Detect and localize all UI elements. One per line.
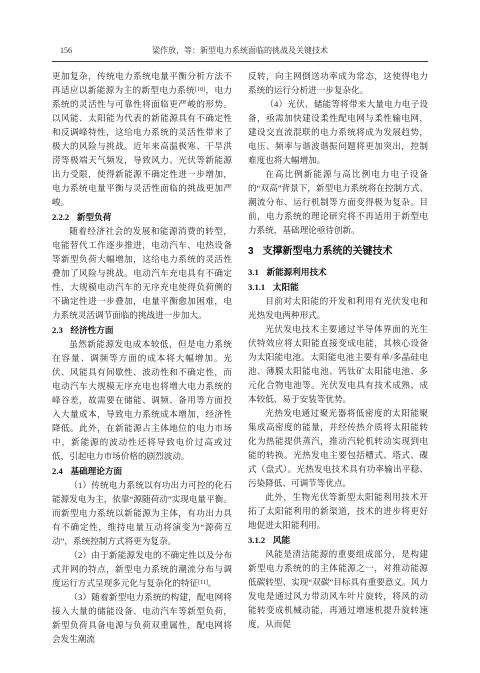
heading-number: 3 xyxy=(248,246,254,257)
heading-number: 3.1.1 xyxy=(248,282,265,292)
right-paragraph-5: 光伏发电技术主要通过半导体界面的光生伏特效应将太阳能直接变成电能，其核心设备为太… xyxy=(248,322,428,406)
right-paragraph-7: 此外，生物光伏等新型太阳能利用技术开拓了太阳能利用的新渠道，技术的进步将更好地促… xyxy=(248,490,428,532)
left-paragraph-3: 虽然新能源发电成本较低，但是电力系统在容量、调频等方面的成本将大幅增加。光伏、风… xyxy=(52,337,232,463)
heading-3-1: 3.1新能源利用技术 xyxy=(248,265,428,279)
left-paragraph-4: （1）传统电力系统以有功出力可控的化石能源发电为主，依靠“源随荷动”实现电量平衡… xyxy=(52,478,232,548)
left-paragraph-6: （3）随着新型电力系统的构建，配电网将接入大量的储能设备、电动汽车等新型负荷，新… xyxy=(52,590,232,646)
heading-number: 2.4 xyxy=(52,466,63,476)
heading-2-2-2: 2.2.2新型负荷 xyxy=(52,210,232,224)
heading-title: 风能 xyxy=(273,535,290,545)
section-heading-3: 3支撑新型电力系统的关键技术 xyxy=(248,245,428,259)
citation-ref: [10] xyxy=(195,87,205,93)
heading-3-1-1: 3.1.1太阳能 xyxy=(248,280,428,294)
heading-title: 太阳能 xyxy=(273,282,299,292)
page-number: 156 xyxy=(60,46,72,56)
heading-number: 2.3 xyxy=(52,325,63,335)
heading-2-4: 2.4基础理论方面 xyxy=(52,464,232,478)
heading-title: 支撑新型电力系统的关键技术 xyxy=(263,246,393,257)
left-column: 更加复杂，传统电力系统电量平衡分析方法不再适应以新能源为主的新型电力系统[10]… xyxy=(52,69,232,646)
heading-2-3: 2.3经济性方面 xyxy=(52,323,232,337)
right-paragraph-8: 风能是清洁能源的重要组成部分，是构建新型电力系统的的主体能源之一，对推动能源低碳… xyxy=(248,547,428,631)
paper-page: 156 梁作放，等：新型电力系统面临的挑战及关键技术 更加复杂，传统电力系统电量… xyxy=(0,0,480,673)
page-header: 156 梁作放，等：新型电力系统面临的挑战及关键技术 xyxy=(52,46,428,62)
left-paragraph-5: （2）由于新能源发电的不确定性以及分布式并网的特点，新型电力系统的潮流分布与调度… xyxy=(52,548,232,590)
running-title: 梁作放，等：新型电力系统面临的挑战及关键技术 xyxy=(152,46,328,55)
right-paragraph-4: 目前对太阳能的开发和利用有光伏发电和光热发电两种形式。 xyxy=(248,294,428,322)
citation-ref: [11] xyxy=(198,580,208,586)
right-paragraph-2: （4）光伏、储能等将带来大量电力电子设备，亟需加快建设柔性配电网与柔性输电网，建… xyxy=(248,97,428,167)
paragraph-text: 。 xyxy=(208,578,217,588)
right-paragraph-1: 反转，向主网倒送功率成为常态，这使得电力系统的运行分析进一步复杂化。 xyxy=(248,69,428,97)
heading-number: 3.1.2 xyxy=(248,535,265,545)
right-column: 反转，向主网倒送功率成为常态，这使得电力系统的运行分析进一步复杂化。 （4）光伏… xyxy=(248,69,428,646)
heading-3-1-2: 3.1.2风能 xyxy=(248,533,428,547)
paragraph-text: ，电力系统的灵活性与可靠性将面临更严峻的形势。以风能、太阳能为代表的新能源具有不… xyxy=(52,85,232,207)
heading-title: 基础理论方面 xyxy=(70,466,122,476)
right-paragraph-6: 光热发电通过聚光器将低密度的太阳能聚集成高密度的能量，并经传热介质将太阳能转化为… xyxy=(248,406,428,490)
right-paragraph-3: 在高比例新能源与高比例电力电子设备的“双高”背景下，新型电力系统将在控制方式、潮… xyxy=(248,167,428,237)
heading-title: 经济性方面 xyxy=(70,325,113,335)
heading-number: 2.2.2 xyxy=(52,212,69,222)
heading-title: 新能源利用技术 xyxy=(266,267,326,277)
left-paragraph-2: 随着经济社会的发展和能源消费的转型，电能替代工作逐步推进，电动汽车、电热设备等新… xyxy=(52,224,232,322)
left-paragraph-1: 更加复杂，传统电力系统电量平衡分析方法不再适应以新能源为主的新型电力系统[10]… xyxy=(52,69,232,209)
two-column-body: 更加复杂，传统电力系统电量平衡分析方法不再适应以新能源为主的新型电力系统[10]… xyxy=(52,69,428,646)
heading-number: 3.1 xyxy=(248,267,259,277)
heading-title: 新型负荷 xyxy=(77,212,111,222)
